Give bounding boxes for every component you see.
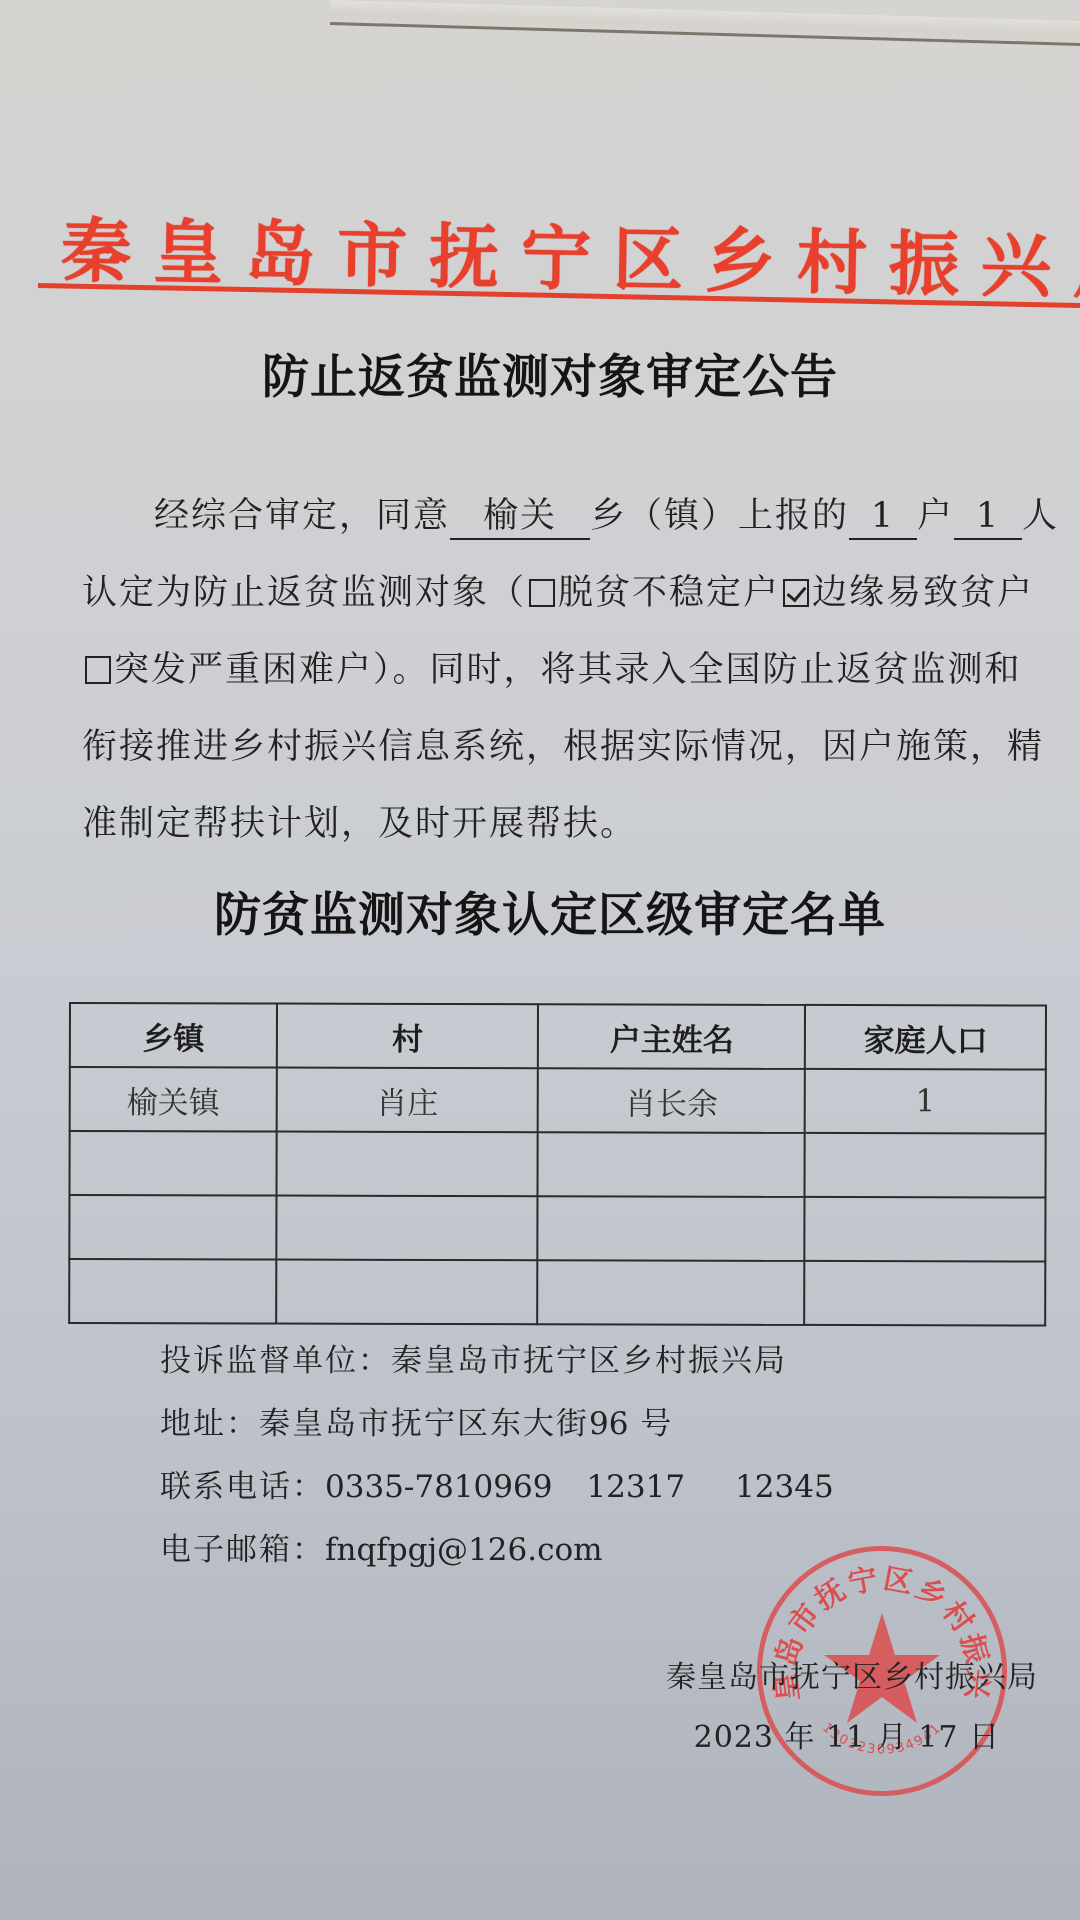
- table-row: [69, 1259, 1045, 1326]
- cell-village: [276, 1132, 537, 1197]
- cell-village: [276, 1196, 537, 1261]
- address-row: 地址：秦皇岛市抚宁区东大街96 号: [160, 1393, 960, 1456]
- option-label: 边缘易致贫户: [812, 573, 1034, 613]
- persons-unit: 人: [1022, 496, 1059, 536]
- cell-family-size: [805, 1197, 1046, 1262]
- town-fill-value: 榆关: [450, 494, 590, 540]
- notice-text: 乡（镇）上报的: [590, 496, 849, 536]
- table-header-row: 乡镇 村 户主姓名 家庭人口: [70, 1003, 1046, 1070]
- phone-label: 联系电话：: [160, 1469, 325, 1505]
- table-row: 榆关镇 肖庄 肖长余 1: [70, 1067, 1046, 1134]
- cell-village: [276, 1260, 537, 1325]
- notice-title: 防止返贫监测对象审定公告: [0, 340, 1080, 407]
- address-suffix: 号: [640, 1406, 673, 1442]
- notice-line-1: 经综合审定，同意榆关乡（镇）上报的1户1人: [82, 478, 1042, 555]
- roster-title: 防贫监测对象认定区级审定名单: [0, 878, 1080, 945]
- table-row: [69, 1195, 1045, 1262]
- notice-body: 经综合审定，同意榆关乡（镇）上报的1户1人 认定为防止返贫监测对象（脱贫不稳定户…: [82, 478, 1042, 863]
- address-label: 地址：: [160, 1406, 259, 1442]
- paper-torn-edge: [330, 0, 1080, 46]
- cell-householder: [537, 1260, 804, 1325]
- roster-table: 乡镇 村 户主姓名 家庭人口 榆关镇 肖庄 肖长余 1: [68, 1002, 1047, 1327]
- notice-line-2: 认定为防止返贫监测对象（脱贫不稳定户边缘易致贫户: [82, 555, 1042, 632]
- signoff-date: 2023 年 11 月 17 日: [598, 1708, 1038, 1768]
- address-number: 96: [589, 1406, 628, 1442]
- phone-number-hotline-12345: 12345: [735, 1469, 834, 1505]
- notice-line-3: 突发严重困难户）。同时，将其录入全国防止返贫监测和: [82, 632, 1042, 709]
- cell-town: [69, 1131, 276, 1196]
- checkbox-marginal-household-checked: [783, 579, 809, 607]
- signoff-block: 秦皇岛市抚宁区乡村振兴局 2023 年 11 月 17 日: [598, 1648, 1038, 1768]
- cell-village: 肖庄: [277, 1068, 538, 1133]
- option-label: 脱贫不稳定户: [558, 573, 780, 613]
- notice-text: ）。同时，将其录入全国防止返贫监测和: [373, 650, 1022, 690]
- notice-line-4: 衔接推进乡村振兴信息系统，根据实际情况，因户施策，精: [82, 709, 1042, 786]
- signoff-org-name: 秦皇岛市抚宁区乡村振兴局: [598, 1648, 1038, 1708]
- supervisor-row: 投诉监督单位：秦皇岛市抚宁区乡村振兴局: [160, 1330, 960, 1393]
- households-unit: 户: [917, 496, 954, 536]
- cell-town: [69, 1259, 276, 1324]
- phone-row: 联系电话：0335-78109691231712345: [160, 1456, 960, 1519]
- option-label: 突发严重困难户: [114, 650, 373, 690]
- supervisor-label: 投诉监督单位：: [160, 1343, 391, 1379]
- notice-text: 经综合审定，同意: [154, 496, 450, 536]
- phone-number-main: 0335-7810969: [325, 1469, 552, 1505]
- households-fill-value: 1: [849, 494, 917, 540]
- header-town: 乡镇: [70, 1003, 277, 1068]
- header-householder: 户主姓名: [538, 1004, 805, 1069]
- email-value: fnqfpgj@126.com: [325, 1532, 603, 1568]
- cell-householder: [538, 1196, 805, 1261]
- cell-family-size: 1: [805, 1069, 1046, 1134]
- cell-town: 榆关镇: [70, 1067, 277, 1132]
- contact-info: 投诉监督单位：秦皇岛市抚宁区乡村振兴局 地址：秦皇岛市抚宁区东大街96 号 联系…: [160, 1330, 960, 1582]
- phone-number-hotline-12317: 12317: [586, 1469, 685, 1505]
- checkbox-sudden-hardship-household: [85, 656, 111, 684]
- notice-line-5: 准制定帮扶计划，及时开展帮扶。: [82, 786, 1042, 863]
- cell-town: [69, 1195, 276, 1260]
- header-family-size: 家庭人口: [805, 1005, 1046, 1070]
- header-village: 村: [277, 1004, 538, 1069]
- checkbox-unstable-household: [529, 579, 555, 607]
- table-row: [69, 1131, 1045, 1198]
- email-label: 电子邮箱：: [160, 1532, 325, 1568]
- cell-householder: [538, 1132, 805, 1197]
- address-value: 秦皇岛市抚宁区东大街: [259, 1406, 589, 1442]
- persons-fill-value: 1: [954, 494, 1022, 540]
- cell-family-size: [805, 1133, 1046, 1198]
- supervisor-value: 秦皇岛市抚宁区乡村振兴局: [391, 1343, 787, 1379]
- cell-householder: 肖长余: [538, 1068, 805, 1133]
- cell-family-size: [805, 1261, 1046, 1326]
- notice-text: 认定为防止返贫监测对象（: [82, 573, 526, 613]
